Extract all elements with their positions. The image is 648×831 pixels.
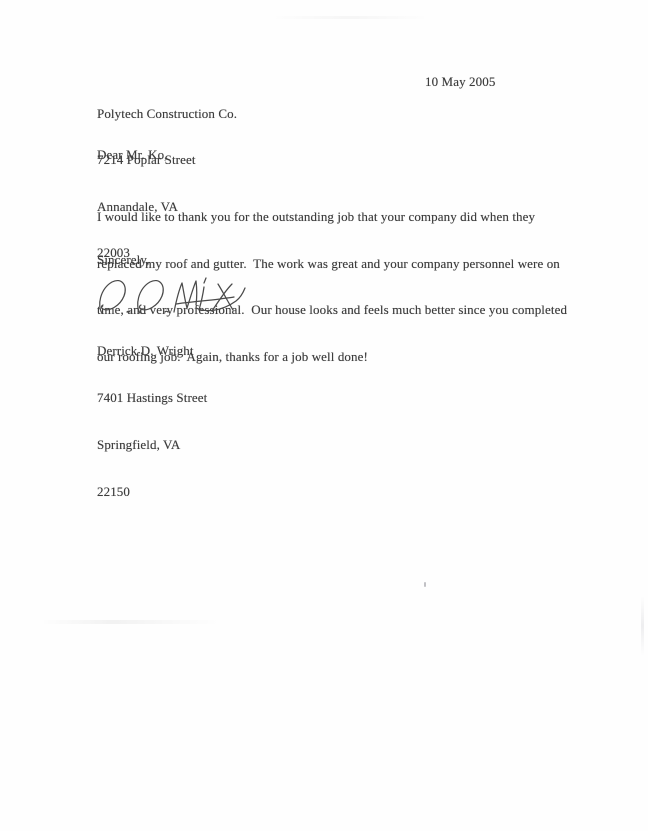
scan-smudge-artifact [270, 16, 430, 19]
body-line: replaced my roof and gutter. The work wa… [97, 257, 567, 272]
signer-block: Derrick D. Wright 7401 Hastings Street S… [97, 311, 207, 531]
signer-name: Derrick D. Wright [97, 343, 207, 358]
scan-smudge-artifact [641, 596, 644, 656]
scanned-letter-page: Polytech Construction Co. 7214 Poplar St… [0, 0, 648, 831]
sender-company: Polytech Construction Co. [97, 107, 237, 121]
signer-street: 7401 Hastings Street [97, 390, 207, 405]
signer-city-state: Springfield, VA [97, 437, 207, 452]
salutation: Dear Mr. Ko, [97, 148, 168, 162]
closing: Sincerely, [97, 253, 150, 267]
scan-smudge-artifact [40, 620, 220, 624]
letter-date: 10 May 2005 [425, 75, 495, 89]
signer-zip: 22150 [97, 484, 207, 499]
body-line: I would like to thank you for the outsta… [97, 210, 567, 225]
scan-speck-artifact [424, 582, 426, 587]
